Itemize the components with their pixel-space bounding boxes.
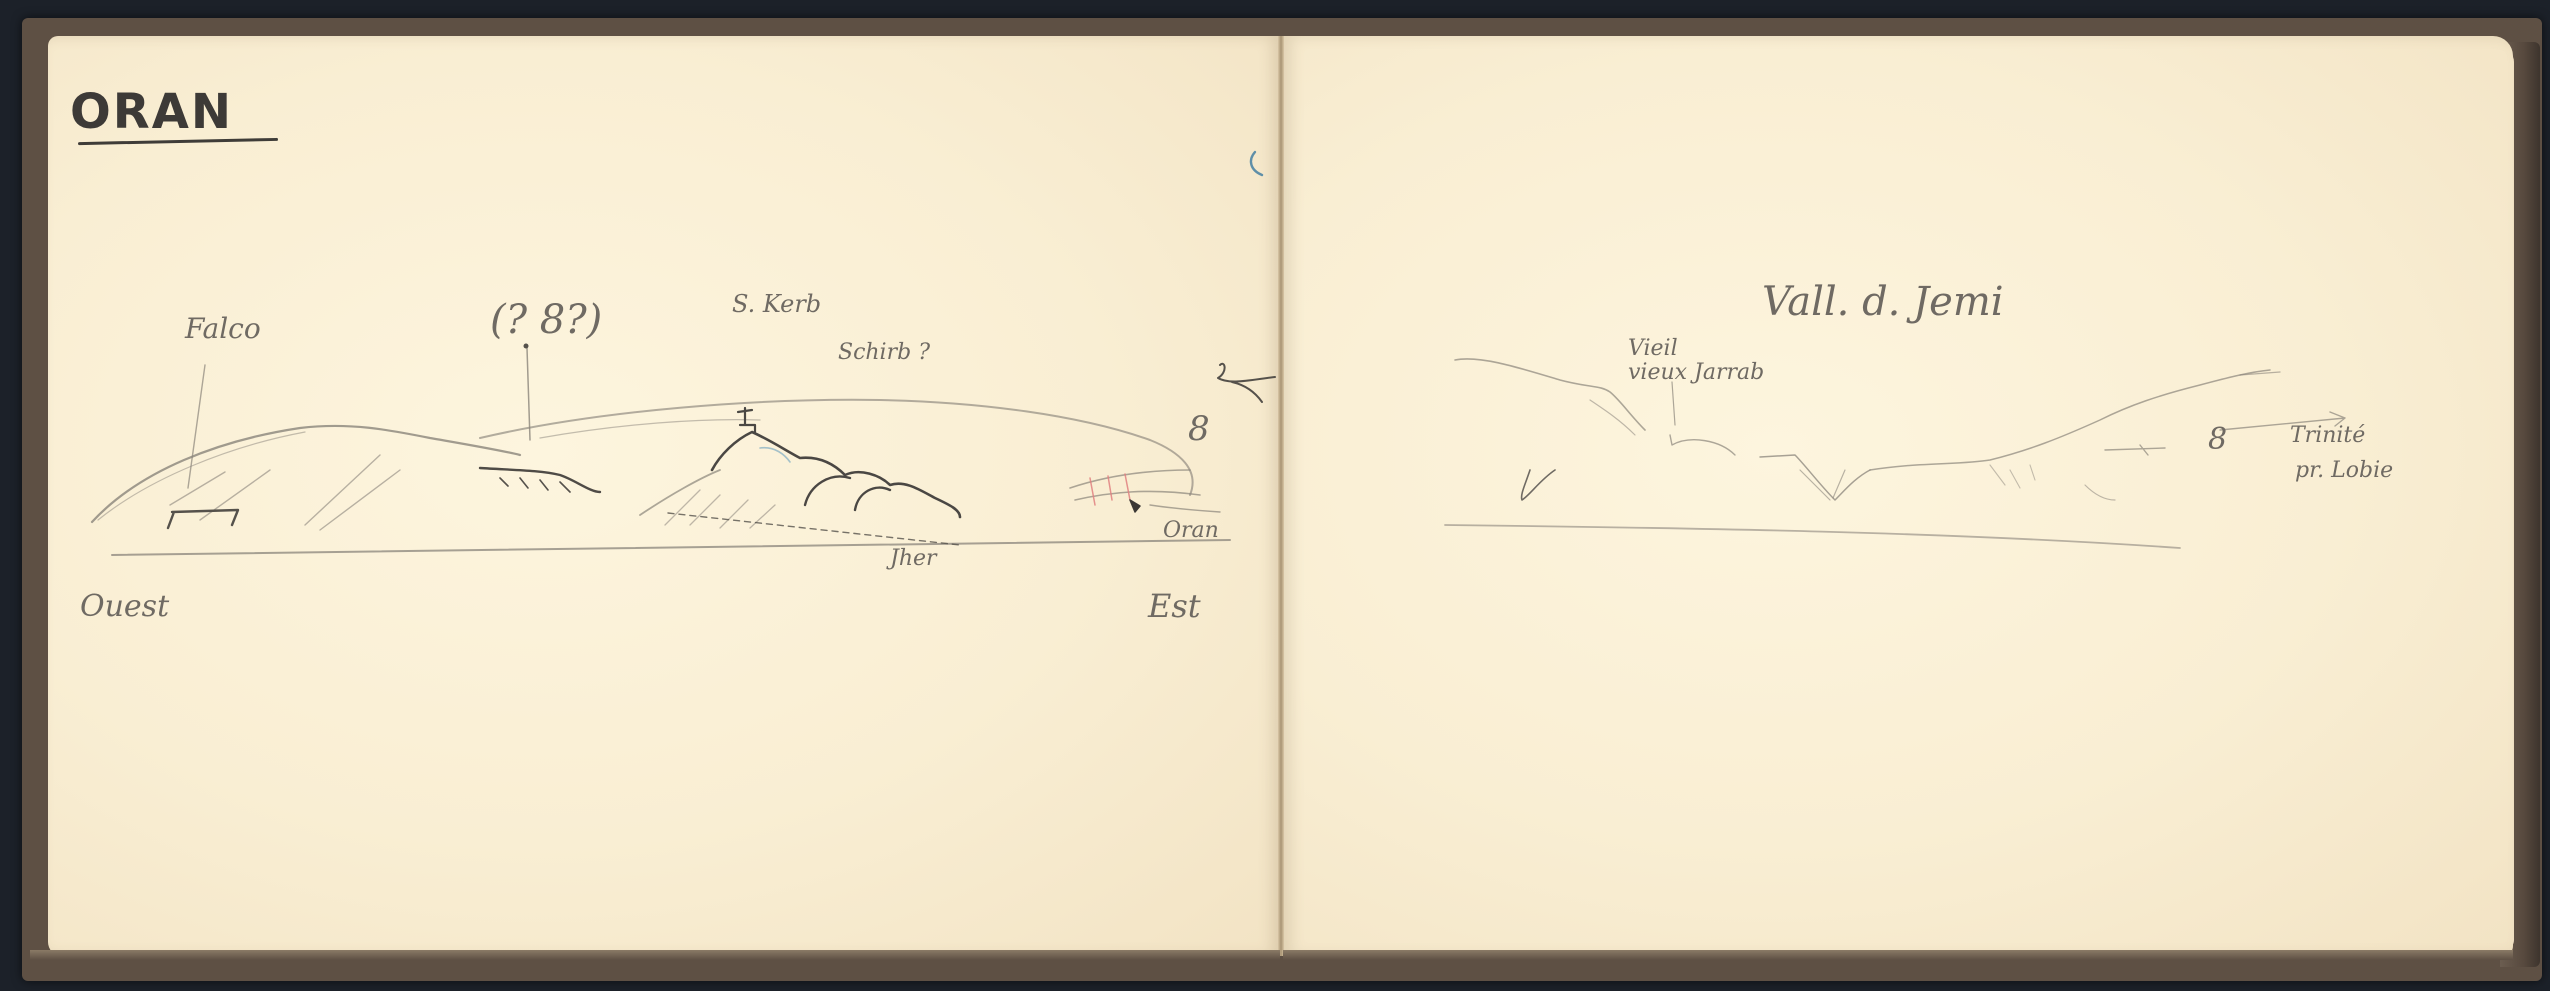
label-falco: Falco: [185, 315, 261, 343]
label-bracket-note: (? 8?): [490, 300, 602, 340]
label-peak-name: S. Kerb: [732, 292, 821, 316]
mark-eight-left: 8: [1188, 412, 1210, 446]
label-peak-note: Schirb ?: [838, 342, 930, 364]
label-oran-shore: Oran: [1163, 520, 1219, 542]
label-pr-lobie: pr. Lobie: [2295, 460, 2393, 482]
label-vieux-jarrab: vieux Jarrab: [1628, 362, 1764, 384]
right-page-title: Vall. d. Jemi: [1762, 282, 2004, 322]
label-trinite: Trinité: [2290, 425, 2365, 447]
label-below-line: Jher: [890, 548, 937, 570]
label-east: Est: [1148, 590, 1201, 622]
book-spine: [1278, 36, 1284, 956]
left-page-title: ORAN: [70, 88, 233, 136]
label-vieil: Vieil: [1628, 338, 1678, 360]
label-west: Ouest: [80, 592, 169, 622]
bottom-edge-left: [30, 950, 1280, 960]
left-page: [48, 36, 1280, 956]
right-page: [1283, 36, 2513, 956]
mark-eight-right: 8: [2208, 425, 2227, 455]
bottom-edge-right: [1283, 950, 2513, 960]
